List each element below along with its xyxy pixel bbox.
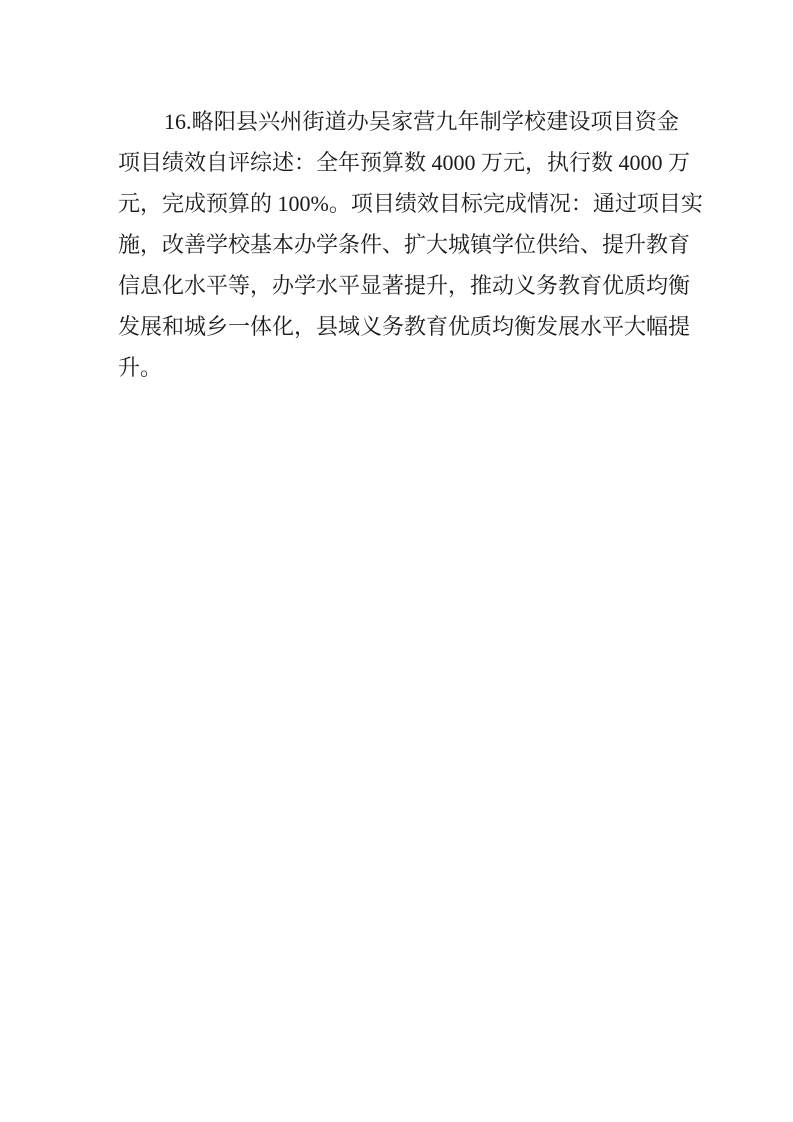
paragraph-line: 升。: [118, 347, 679, 388]
paragraph-line: 发展和城乡一体化，县域义务教育优质均衡发展水平大幅提: [118, 306, 679, 347]
paragraph-line: 施，改善学校基本办学条件、扩大城镇学位供给、提升教育: [118, 224, 679, 265]
paragraph-16: 16.略阳县兴州街道办吴家营九年制学校建设项目资金 项目绩效自评综述：全年预算数…: [118, 101, 679, 388]
paragraph-line: 16.略阳县兴州街道办吴家营九年制学校建设项目资金: [118, 101, 679, 142]
paragraph-line: 元，完成预算的 100%。项目绩效目标完成情况：通过项目实: [118, 183, 679, 224]
paragraph-line: 信息化水平等，办学水平显著提升，推动义务教育优质均衡: [118, 265, 679, 306]
document-page: 16.略阳县兴州街道办吴家营九年制学校建设项目资金 项目绩效自评综述：全年预算数…: [0, 0, 793, 1122]
paragraph-line: 项目绩效自评综述：全年预算数 4000 万元，执行数 4000 万: [118, 142, 679, 183]
